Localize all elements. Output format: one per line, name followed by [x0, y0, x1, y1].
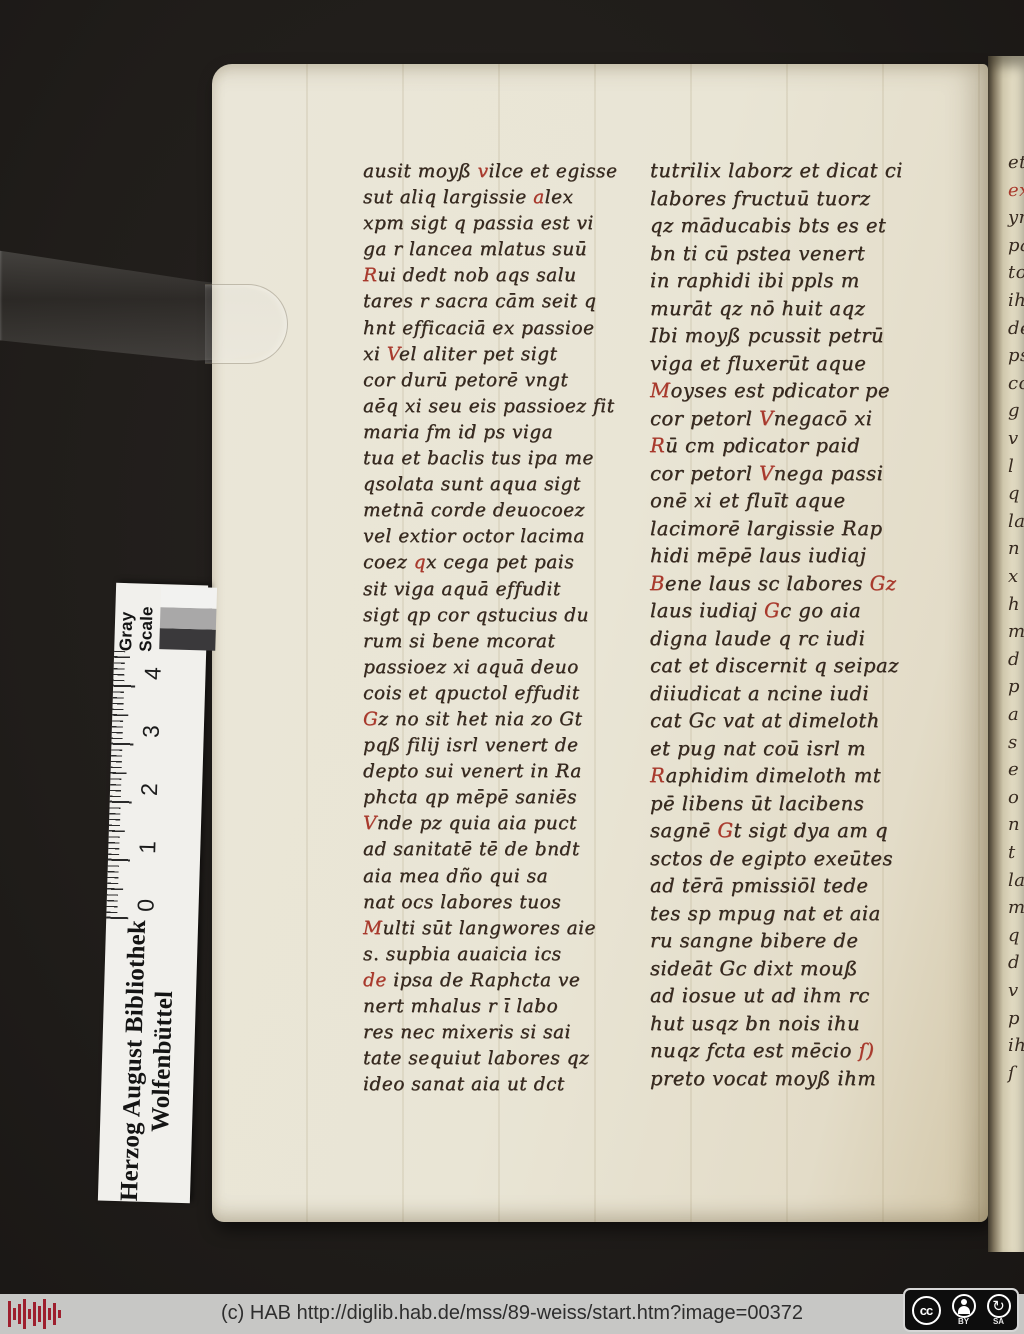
edge-fragment: l — [1008, 456, 1014, 477]
manuscript-line: aēq xi seu eis passioez fit — [363, 394, 648, 420]
manuscript-line: tes sp mpug nat et aia — [650, 900, 935, 928]
manuscript-line: nuqz fcta est mēcio ſ) — [650, 1037, 935, 1065]
text-segment: v — [478, 161, 489, 182]
facing-page-edge: etexynpatoihdepscogvlqlanxhmdpaseontlamq… — [988, 56, 1024, 1252]
text-segment: nat ocs labores tuos — [363, 892, 561, 913]
manuscript-line: nert mhalus r ī labo — [363, 994, 648, 1020]
text-segment: sut aliq largissie — [363, 187, 533, 208]
text-segment: viga et fluxerūt aque — [650, 352, 866, 375]
manuscript-line: phcta qp mēpē saniēs — [363, 785, 648, 811]
text-segment: coez — [363, 552, 414, 573]
manuscript-line: cor petorl Vnega passi — [650, 460, 935, 488]
text-segment: et pug nat coū isrl m — [650, 737, 866, 760]
ruler-scale: 01234 — [106, 651, 206, 922]
text-segment: hut usqz bn nois ihu — [650, 1012, 860, 1035]
text-segment: a — [533, 187, 545, 208]
manuscript-line: in raphidi ibi ppls m — [650, 267, 935, 295]
edge-fragment: yn — [1008, 207, 1024, 228]
plastic-clip-tip — [205, 284, 288, 364]
text-segment: diiudicat a ncine iudi — [650, 682, 869, 705]
edge-fragment: v — [1008, 980, 1019, 1001]
edge-fragment: a — [1008, 704, 1019, 725]
by-label: BY — [958, 1318, 969, 1326]
manuscript-line: sagnē Gt sigt dya am q — [650, 817, 935, 845]
edge-fragment: h — [1008, 594, 1020, 615]
manuscript-line: pqß filij isrl venert de — [363, 733, 648, 759]
text-segment: labores fructuū tuorz — [650, 187, 871, 210]
edge-fragment: m — [1008, 621, 1024, 642]
text-segment: aēq xi seu eis passioez fit — [363, 396, 615, 417]
text-segment: x cega pet pais — [426, 552, 574, 573]
manuscript-line: tares r sacra cām seit q — [363, 289, 648, 315]
manuscript-line: labores fructuū tuorz — [650, 185, 935, 213]
text-segment: ga r lancea mlatus suū — [363, 239, 587, 260]
text-segment: R — [363, 265, 377, 286]
edge-fragment: p — [1008, 1008, 1020, 1029]
text-segment: maria fm id ps viga — [363, 422, 553, 443]
text-segment: z no sit het nia zo Gt — [378, 709, 582, 730]
edge-fragment: la — [1008, 870, 1024, 891]
edge-fragment: p — [1008, 676, 1020, 697]
text-segment: V — [759, 407, 774, 430]
text-segment: phcta qp mēpē saniēs — [363, 787, 577, 808]
text-segment: aphidim dimeloth mt — [666, 764, 881, 787]
text-segment: M — [650, 379, 670, 402]
manuscript-line: ad iosue ut ad ihm rc — [650, 982, 935, 1010]
ruler-number: 0 — [132, 899, 159, 913]
text-segment: sagnē — [650, 819, 717, 842]
manuscript-line: cor petorl Vnegacō xi — [650, 405, 935, 433]
text-segment: ausit moyß — [363, 161, 478, 182]
text-segment: s. supbia auaicia ics — [363, 944, 562, 965]
text-segment: B — [650, 572, 665, 595]
manuscript-line: lacimorē largissie Rap — [650, 515, 935, 543]
manuscript-line: nat ocs labores tuos — [363, 890, 648, 916]
text-segment: tua et baclis tus ipa me — [363, 448, 594, 469]
manuscript-line: s. supbia auaicia ics — [363, 942, 648, 968]
manuscript-line: pē libens ūt lacibens — [650, 790, 935, 818]
text-segment: tate sequiut labores qz — [363, 1048, 589, 1069]
text-segment: onē xi et fluīt aque — [650, 489, 846, 512]
text-segment: Ibi moyß pcussit petrū — [650, 324, 884, 347]
manuscript-line: Bene laus sc labores Gz — [650, 570, 935, 598]
text-segment: depto sui venert in Ra — [363, 761, 582, 782]
edge-fragment: o — [1008, 787, 1019, 808]
manuscript-line: ad tērā pmissiōl tede — [650, 872, 935, 900]
manuscript-line: aia mea dño qui sa — [363, 864, 648, 890]
text-segment: cor petorl — [650, 462, 759, 485]
text-segment: cor petorl — [650, 407, 759, 430]
text-segment: rum si bene mcorat — [363, 631, 555, 652]
footer-bar: (c) HAB http://diglib.hab.de/mss/89-weis… — [0, 1294, 1024, 1334]
text-segment: cat et discernit q seipaz — [650, 654, 899, 677]
text-column-right: tutrilix laborz et dicat cilabores fruct… — [650, 157, 935, 1092]
gray-scale-block: Gray Scale — [114, 583, 208, 654]
text-segment: pqß filij isrl venert de — [363, 735, 578, 756]
text-column-left: ausit moyß vilce et egissesut aliq largi… — [363, 159, 648, 1098]
text-segment: hidi mēpē laus iudiaj — [650, 544, 866, 567]
ruler-number: 3 — [138, 725, 165, 739]
edge-fragment: s — [1008, 732, 1018, 753]
text-segment: ideo sanat aia ut dct — [363, 1074, 565, 1095]
text-segment: lex — [545, 187, 574, 208]
text-segment: metnā corde deuocoez — [363, 500, 585, 521]
manuscript-line: hut usqz bn nois ihu — [650, 1010, 935, 1038]
manuscript-line: rum si bene mcorat — [363, 629, 648, 655]
manuscript-line: depto sui venert in Ra — [363, 759, 648, 785]
manuscript-line: bn ti cū pstea venert — [650, 240, 935, 268]
manuscript-line: cor durū petorē vngt — [363, 368, 648, 394]
text-segment: G — [363, 709, 378, 730]
text-segment: qz māducabis bts es et — [650, 214, 886, 237]
text-segment: t sigt dya am q — [734, 819, 888, 842]
edge-fragment: to — [1008, 262, 1024, 283]
text-segment: ſ) — [859, 1039, 875, 1062]
edge-fragment: ih — [1008, 1035, 1024, 1056]
edge-fragment: n — [1008, 538, 1020, 559]
sa-label: SA — [993, 1318, 1004, 1326]
text-segment: ui dedt nob aqs salu — [377, 265, 576, 286]
manuscript-line: ad sanitatē tē de bndt — [363, 837, 648, 863]
text-segment: nde pz quia aia puct — [377, 813, 577, 834]
manuscript-line: Raphidim dimeloth mt — [650, 762, 935, 790]
manuscript-line: cat Gc vat at dimeloth — [650, 707, 935, 735]
manuscript-line: coez qx cega pet pais — [363, 550, 648, 576]
cc-icon: cc — [912, 1296, 941, 1325]
text-segment: V — [759, 462, 774, 485]
text-segment: preto vocat moyß ihm — [650, 1067, 876, 1090]
text-segment: xi — [363, 344, 387, 365]
text-segment: aia mea dño qui sa — [363, 866, 548, 887]
manuscript-line: sideāt Gc dixt mouß — [650, 955, 935, 983]
manuscript-line: Multi sūt langwores aie — [363, 916, 648, 942]
manuscript-line: Rū cm pdicator paid — [650, 432, 935, 460]
text-segment: ene laus sc labores — [665, 572, 870, 595]
manuscript-line: xi Vel aliter pet sigt — [363, 342, 648, 368]
text-segment: ilce et egisse — [489, 161, 618, 182]
text-segment: tutrilix laborz et dicat ci — [650, 159, 903, 182]
manuscript-line: sigt qp cor qstucius du — [363, 603, 648, 629]
text-segment: passioez xi aquā deuo — [363, 657, 579, 678]
text-segment: cor durū petorē vngt — [363, 370, 568, 391]
text-segment: ulti sūt langwores aie — [382, 918, 596, 939]
text-segment: cat Gc vat at dimeloth — [650, 709, 880, 732]
edge-fragment: e — [1008, 759, 1019, 780]
manuscript-line: cois et qpuctol effudit — [363, 681, 648, 707]
text-segment: G — [764, 599, 780, 622]
manuscript-line: vel extior octor lacima — [363, 524, 648, 550]
edge-fragment: et — [1008, 152, 1024, 173]
manuscript-line: qsolata sunt aqua sigt — [363, 472, 648, 498]
manuscript-line: res nec mixeris si sai — [363, 1020, 648, 1046]
text-segment: nega passi — [774, 462, 884, 485]
edge-fragment: x — [1008, 566, 1019, 587]
text-segment: tares r sacra cām seit q — [363, 291, 596, 312]
text-segment: nert mhalus r ī labo — [363, 996, 558, 1017]
ruler-number: 1 — [134, 841, 161, 855]
text-segment: Gz — [870, 572, 897, 595]
text-segment: G — [717, 819, 733, 842]
text-segment: V — [363, 813, 377, 834]
edge-fragment: de — [1008, 318, 1024, 339]
gray-scale-patch-white — [160, 587, 217, 610]
text-segment: sigt qp cor qstucius du — [363, 605, 589, 626]
edge-fragment: ex — [1008, 180, 1024, 201]
text-segment: in raphidi ibi ppls m — [650, 269, 860, 292]
manuscript-line: Ibi moyß pcussit petrū — [650, 322, 935, 350]
manuscript-line: ga r lancea mlatus suū — [363, 237, 648, 263]
text-segment: qsolata sunt aqua sigt — [363, 474, 581, 495]
manuscript-line: Moyses est pdicator pe — [650, 377, 935, 405]
text-segment: c go aia — [780, 599, 861, 622]
text-segment: vel extior octor lacima — [363, 526, 585, 547]
manuscript-line: qz māducabis bts es et — [650, 212, 935, 240]
edge-fragment: pa — [1008, 235, 1024, 256]
edge-fragment: m — [1008, 897, 1024, 918]
text-segment: ipsa de Raphcta ve — [387, 970, 580, 991]
text-segment: negacō xi — [774, 407, 873, 430]
text-segment: R — [650, 434, 665, 457]
text-segment: el aliter pet sigt — [399, 344, 558, 365]
text-segment: oyses est pdicator pe — [670, 379, 889, 402]
edge-fragment: ih — [1008, 290, 1024, 311]
edge-fragment: g — [1008, 400, 1020, 421]
gray-scale-label: Gray Scale — [116, 583, 158, 652]
text-segment: xpm sigt q passia est vi — [363, 213, 594, 234]
text-segment: cois et qpuctol effudit — [363, 683, 580, 704]
edge-fragment: n — [1008, 814, 1020, 835]
text-segment: laus iudiaj — [650, 599, 764, 622]
text-segment: ad tērā pmissiōl tede — [650, 874, 868, 897]
text-segment: res nec mixeris si sai — [363, 1022, 571, 1043]
text-segment: R — [650, 764, 666, 787]
gray-scale-patch-mid — [160, 608, 217, 631]
ruler-title: Herzog August Bibliothek Wolfenbüttel — [98, 919, 198, 1204]
text-segment: tes sp mpug nat et aia — [650, 902, 881, 925]
manuscript-line: passioez xi aquā deuo — [363, 655, 648, 681]
text-segment: hnt efficaciā ex passioe — [363, 318, 594, 339]
manuscript-line: Vnde pz quia aia puct — [363, 811, 648, 837]
manuscript-line: ausit moyß vilce et egisse — [363, 159, 648, 185]
manuscript-line: laus iudiaj Gc go aia — [650, 597, 935, 625]
text-segment: M — [363, 918, 382, 939]
manuscript-line: cat et discernit q seipaz — [650, 652, 935, 680]
gray-scale-patch-dark — [159, 629, 216, 652]
text-segment: lacimorē largissie Rap — [650, 517, 882, 540]
text-segment: ad sanitatē tē de bndt — [363, 839, 580, 860]
manuscript-line: de ipsa de Raphcta ve — [363, 968, 648, 994]
edge-fragment: q — [1008, 925, 1020, 946]
credit-line: (c) HAB http://diglib.hab.de/mss/89-weis… — [0, 1302, 1024, 1325]
manuscript-line: hnt efficaciā ex passioe — [363, 316, 648, 342]
edge-fragment: q — [1008, 483, 1020, 504]
manuscript-line: maria fm id ps viga — [363, 420, 648, 446]
manuscript-line: murāt qz nō huit aqz — [650, 295, 935, 323]
text-segment: V — [387, 344, 399, 365]
manuscript-line: tutrilix laborz et dicat ci — [650, 157, 935, 185]
text-segment: bn ti cū pstea venert — [650, 242, 865, 265]
ruler-number: 4 — [139, 667, 166, 681]
manuscript-line: tate sequiut labores qz — [363, 1046, 648, 1072]
cc-license-badge: cc BY ↻ SA — [903, 1288, 1019, 1332]
text-segment: q — [414, 552, 426, 573]
manuscript-line: metnā corde deuocoez — [363, 498, 648, 524]
edge-fragment: d — [1008, 649, 1020, 670]
text-segment: digna laude q rc iudi — [650, 627, 865, 650]
ruler-number: 2 — [136, 783, 163, 797]
manuscript-page: ausit moyß vilce et egissesut aliq largi… — [212, 64, 988, 1222]
manuscript-line: sit viga aquā effudit — [363, 577, 648, 603]
manuscript-line: tua et baclis tus ipa me — [363, 446, 648, 472]
sa-arrow-icon: ↻ — [987, 1294, 1011, 1318]
edge-fragment: la — [1008, 511, 1024, 532]
manuscript-line: ideo sanat aia ut dct — [363, 1072, 648, 1098]
text-segment: ū cm pdicator paid — [665, 434, 860, 457]
manuscript-line: sctos de egipto exeūtes — [650, 845, 935, 873]
by-person-icon — [952, 1294, 976, 1318]
text-segment: sit viga aquā effudit — [363, 579, 561, 600]
edge-fragment: v — [1008, 428, 1019, 449]
text-segment: nuqz fcta est mēcio — [650, 1039, 859, 1062]
text-segment: pē libens ūt lacibens — [650, 792, 864, 815]
edge-fragment: ſ — [1008, 1063, 1015, 1084]
text-segment: sideāt Gc dixt mouß — [650, 957, 858, 980]
manuscript-line: preto vocat moyß ihm — [650, 1065, 935, 1093]
manuscript-line: et pug nat coū isrl m — [650, 735, 935, 763]
text-segment: sctos de egipto exeūtes — [650, 847, 893, 870]
manuscript-line: hidi mēpē laus iudiaj — [650, 542, 935, 570]
edge-fragment: co — [1008, 373, 1024, 394]
gray-scale-patches — [159, 587, 217, 652]
edge-fragment: ps — [1008, 345, 1024, 366]
manuscript-line: digna laude q rc iudi — [650, 625, 935, 653]
text-segment: ru sangne bibere de — [650, 929, 858, 952]
manuscript-line: diiudicat a ncine iudi — [650, 680, 935, 708]
edge-fragment: t — [1008, 842, 1016, 863]
edge-fragment: d — [1008, 952, 1020, 973]
manuscript-line: onē xi et fluīt aque — [650, 487, 935, 515]
text-segment: ad iosue ut ad ihm rc — [650, 984, 870, 1007]
text-segment: murāt qz nō huit aqz — [650, 297, 865, 320]
manuscript-line: ru sangne bibere de — [650, 927, 935, 955]
manuscript-line: Rui dedt nob aqs salu — [363, 263, 648, 289]
manuscript-line: Gz no sit het nia zo Gt — [363, 707, 648, 733]
manuscript-line: sut aliq largissie alex — [363, 185, 648, 211]
text-segment: de — [363, 970, 387, 991]
manuscript-line: xpm sigt q passia est vi — [363, 211, 648, 237]
color-ruler: Herzog August Bibliothek Wolfenbüttel 01… — [98, 583, 208, 1203]
manuscript-line: viga et fluxerūt aque — [650, 350, 935, 378]
